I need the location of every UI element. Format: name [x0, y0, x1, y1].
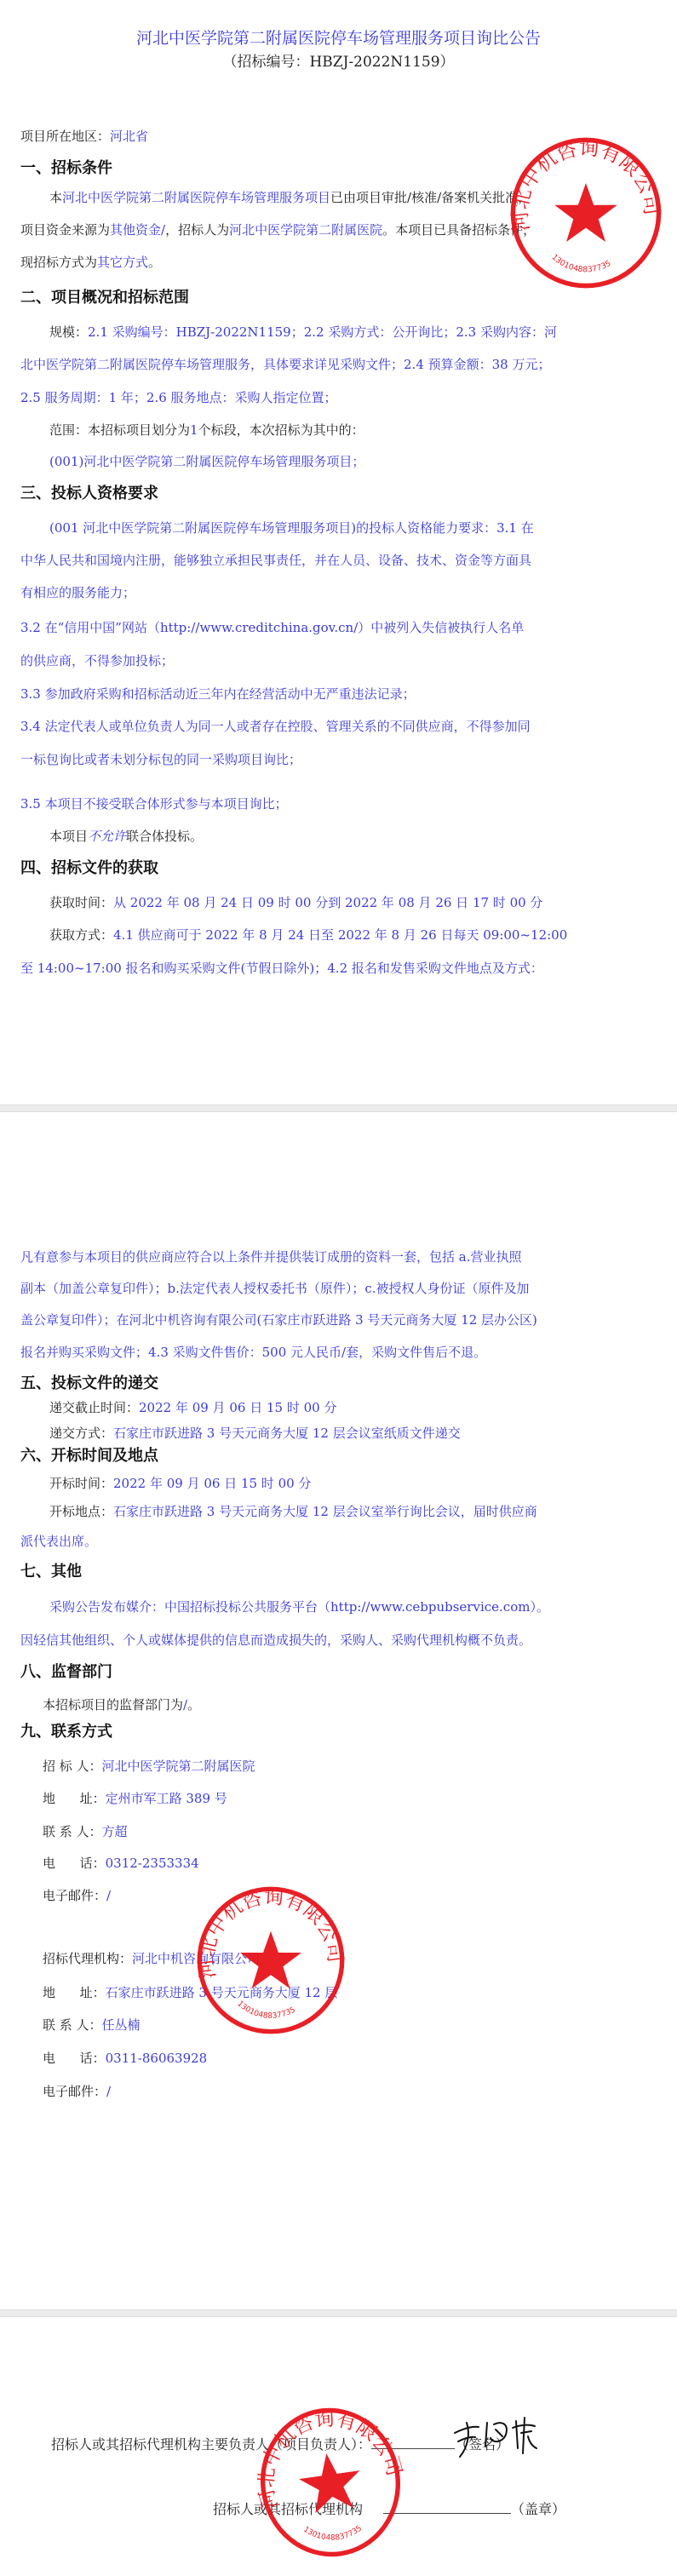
section-4-time: 获取时间：从 2022 年 08 月 24 日 09 时 00 分到 2022 … [49, 894, 542, 911]
section-4-method-line-3: 凡有意参与本项目的供应商应符合以上条件并提供装订成册的资料一套，包括 a.营业执… [20, 1248, 521, 1265]
bid-number: （招标编号：HBZJ-2022N1159） [0, 49, 677, 71]
section-heading-3: 三、投标人资格要求 [20, 485, 158, 502]
section-heading-8: 八、监督部门 [20, 1664, 112, 1681]
section-3-line-4: 3.2 在“信用中国”网站（http://www.creditchina.gov… [20, 619, 524, 636]
tenderer-contact: 联 系 人：方超 [43, 1823, 128, 1840]
signature-responsible-person: 招标人或其招标代理机构主要负责人（项目负责人）：（签名） [51, 2433, 509, 2453]
signature-line [371, 2433, 455, 2449]
section-3-line-7: 3.4 法定代表人或单位负责人为同一人或者存在控股、管理关系的不同供应商，不得参… [20, 718, 531, 735]
section-5-method: 递交方式：石家庄市跃进路 3 号天元商务大厦 12 层会议室纸质文件递交 [49, 1425, 461, 1442]
agency-address: 地 址：石家庄市跃进路 3 号天元商务大厦 12 层 [43, 1984, 337, 2001]
svg-text:1301048837735: 1301048837735 [235, 1999, 296, 2021]
handwritten-signature [450, 2414, 543, 2462]
section-heading-6: 六、开标时间及地点 [20, 1448, 158, 1465]
section-5-deadline: 递交截止时间：2022 年 09 月 06 日 15 时 00 分 [49, 1399, 336, 1416]
section-1-line-3: 现招标方式为其它方式。 [20, 254, 161, 271]
section-4-method-line-5: 盖公章复印件）；在河北中机咨询有限公司(石家庄市跃进路 3 号天元商务大厦 12… [20, 1311, 537, 1328]
svg-text:河北中机咨询有限公司: 河北中机咨询有限公司 [244, 2396, 409, 2512]
section-8-text: 本招标项目的监督部门为/。 [43, 1696, 200, 1713]
agency-email: 电子邮件：/ [43, 2083, 111, 2100]
section-1-line-2: 项目资金来源为其他资金/，招标人为河北中医学院第二附属医院。本项目已具备招标条件… [20, 221, 536, 238]
section-3-line-8: 一标包询比或者未划分标包的同一采购项目询比； [20, 751, 301, 768]
section-heading-4: 四、招标文件的获取 [20, 860, 158, 877]
section-4-method-line-2: 至 14:00~17:00 报名和购买采购文件(节假日除外)；4.2 报名和发售… [20, 960, 543, 977]
section-2-scale-line-1: 规模：2.1 采购编号：HBZJ-2022N1159；2.2 采购方式：公开询比… [49, 324, 557, 341]
section-7-line-1: 采购公告发布媒介：中国招标投标公共服务平台（http://www.cebpubs… [49, 1598, 549, 1615]
section-3-line-5: 的供应商，不得参加投标； [20, 652, 174, 669]
section-heading-7: 七、其他 [20, 1563, 82, 1581]
section-1-line-1: 本河北中医学院第二附属医院停车场管理服务项目已由项目审批/核准/备案机关批准， [49, 189, 531, 206]
section-2-lot: (001)河北中医学院第二附属医院停车场管理服务项目； [49, 453, 364, 470]
tenderer-name: 招 标 人：河北中医学院第二附属医院 [43, 1758, 255, 1775]
section-6-place-line-2: 派代表出席。 [20, 1533, 97, 1550]
svg-text:1301048837735: 1301048837735 [301, 2517, 364, 2546]
agency-contact: 联 系 人：任丛楠 [43, 2017, 141, 2034]
section-3-line-9: 3.5 本项目不接受联合体形式参与本项目询比； [20, 795, 288, 812]
section-heading-5: 五、投标文件的递交 [20, 1375, 158, 1392]
company-seal-stamp: 河北中机咨询有限公司 1301048837735 [508, 135, 664, 291]
svg-text:河北中机咨询有限公司: 河北中机咨询有限公司 [508, 136, 664, 233]
page-break-1 [0, 1104, 677, 1112]
section-heading-9: 九、联系方式 [20, 1724, 112, 1741]
document-page-3: 招标人或其招标代理机构主要负责人（项目负责人）：（签名） 招标人或其招标代理机构… [0, 2317, 677, 2576]
tenderer-phone: 电 话：0312-2353334 [43, 1855, 199, 1872]
project-region: 项目所在地区：河北省 [20, 128, 148, 145]
section-2-scale-line-2: 北中医学院第二附属医院停车场管理服务，具体要求详见采购文件；2.4 预算金额：3… [20, 356, 550, 373]
section-3-line-6: 3.3 参加政府采购和招标活动近三年内在经营活动中无严重违法记录； [20, 686, 416, 703]
region-value: 河北省 [110, 129, 148, 144]
section-7-line-2: 因轻信其他组织、个人或媒体提供的信息而造成损失的，采购人、采购代理机构概不负责。 [20, 1632, 531, 1649]
section-3-joint-bid: 本项目不允许联合体投标。 [49, 828, 203, 845]
section-3-line-2: 中华人民共和国境内注册，能够独立承担民事责任，并在人员、设备、技术、资金等方面具 [20, 552, 531, 569]
section-heading-1: 一、招标条件 [20, 160, 112, 177]
company-seal-stamp: 河北中机咨询有限公司 1301048837735 [244, 2392, 417, 2572]
section-3-line-3: 有相应的服务能力； [20, 584, 135, 601]
svg-text:1301048837735: 1301048837735 [549, 253, 612, 275]
seal-line [383, 2498, 511, 2514]
section-6-time: 开标时间：2022 年 09 月 06 日 15 时 00 分 [49, 1475, 311, 1492]
section-2-scale-line-3: 2.5 服务周期：1 年；2.6 服务地点：采购人指定位置； [20, 389, 337, 406]
section-4-method-line-1: 获取方式：4.1 供应商可于 2022 年 8 月 24 日至 2022 年 8… [49, 927, 567, 944]
announcement-title: 河北中医学院第二附属医院停车场管理服务项目询比公告 [0, 26, 677, 49]
tenderer-email: 电子邮件：/ [43, 1887, 111, 1904]
document-page-2: 凡有意参与本项目的供应商应符合以上条件并提供装订成册的资料一套，包括 a.营业执… [0, 1112, 677, 2309]
page-break-2 [0, 2309, 677, 2317]
section-4-method-line-6: 报名并购买采购文件；4.3 采购文件售价：500 元人民币/套，采购文件售后不退… [20, 1344, 486, 1361]
section-heading-2: 二、项目概况和招标范围 [20, 290, 189, 307]
section-3-line-1: (001 河北中医学院第二附属医院停车场管理服务项目)的投标人资格能力要求：3.… [49, 519, 534, 536]
section-6-place-line-1: 开标地点：石家庄市跃进路 3 号天元商务大厦 12 层会议室举行询比会议，届时供… [49, 1503, 537, 1520]
document-page-1: 河北中医学院第二附属医院停车场管理服务项目询比公告 （招标编号：HBZJ-202… [0, 0, 677, 1104]
agency-name: 招标代理机构：河北中机咨询有限公司 [43, 1950, 260, 1967]
section-2-range: 范围：本招标项目划分为1个标段，本次招标为其中的： [49, 422, 364, 439]
agency-phone: 电 话：0311-86063928 [43, 2050, 207, 2067]
section-4-method-line-4: 副本（加盖公章复印件）；b.法定代表人授权委托书（原件）；c.被授权人身份证（原… [20, 1280, 530, 1297]
tenderer-address: 地 址：定州市军工路 389 号 [43, 1790, 227, 1807]
signature-seal-line: 招标人或其招标代理机构（盖章） [213, 2498, 565, 2518]
